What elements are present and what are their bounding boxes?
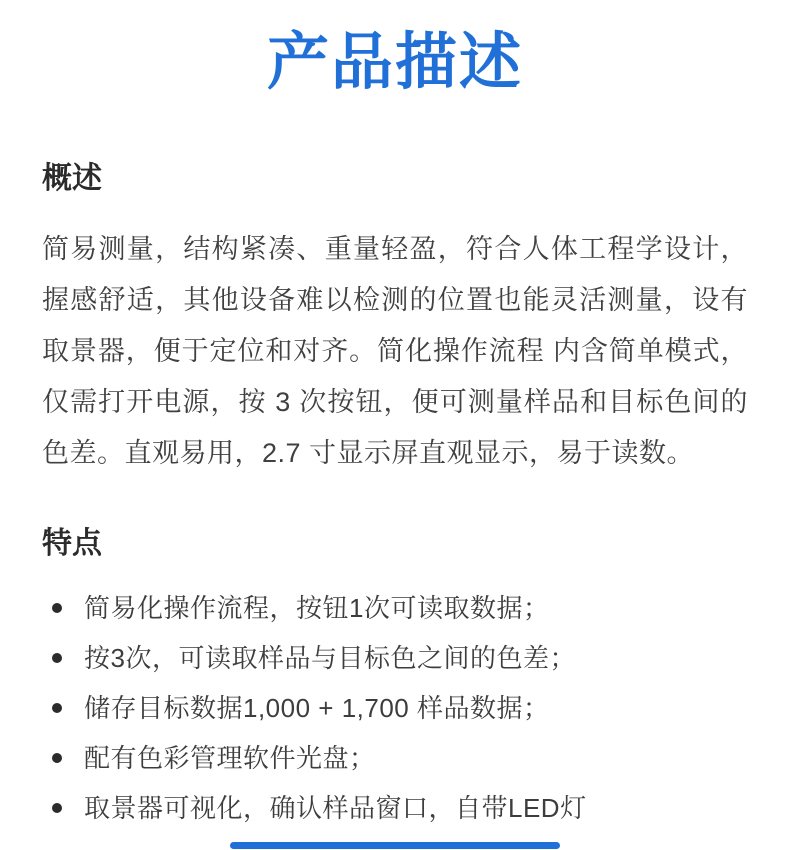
bullet-dot-icon bbox=[52, 603, 62, 613]
bullet-dot-icon bbox=[52, 653, 62, 663]
feature-item-text: 按3次，可读取样品与目标色之间的色差； bbox=[84, 633, 576, 683]
section-heading-overview: 概述 bbox=[42, 160, 748, 198]
feature-item: 配有色彩管理软件光盘； bbox=[42, 733, 748, 783]
feature-item: 取景器可视化，确认样品窗口，自带LED灯 bbox=[42, 783, 748, 833]
features-list: 简易化操作流程，按钮1次可读取数据； 按3次，可读取样品与目标色之间的色差； 储… bbox=[42, 583, 748, 833]
overview-paragraph: 简易测量，结构紧凑、重量轻盈，符合人体工程学设计，握感舒适，其他设备难以检测的位… bbox=[42, 224, 748, 479]
feature-item-text: 配有色彩管理软件光盘； bbox=[84, 733, 376, 783]
feature-item-text: 储存目标数据1,000 + 1,700 样品数据； bbox=[84, 683, 549, 733]
feature-item-text: 取景器可视化，确认样品窗口，自带LED灯 bbox=[84, 783, 587, 833]
bullet-dot-icon bbox=[52, 803, 62, 813]
feature-item: 储存目标数据1,000 + 1,700 样品数据； bbox=[42, 683, 748, 733]
bullet-dot-icon bbox=[52, 753, 62, 763]
feature-item: 简易化操作流程，按钮1次可读取数据； bbox=[42, 583, 748, 633]
feature-item: 按3次，可读取样品与目标色之间的色差； bbox=[42, 633, 748, 683]
product-description-page: 产品描述 概述 简易测量，结构紧凑、重量轻盈，符合人体工程学设计，握感舒适，其他… bbox=[0, 0, 790, 850]
page-title: 产品描述 bbox=[0, 24, 790, 102]
scroll-indicator-bar[interactable] bbox=[230, 842, 560, 849]
section-heading-features: 特点 bbox=[42, 525, 748, 563]
bullet-dot-icon bbox=[52, 703, 62, 713]
content-area: 概述 简易测量，结构紧凑、重量轻盈，符合人体工程学设计，握感舒适，其他设备难以检… bbox=[0, 160, 790, 833]
feature-item-text: 简易化操作流程，按钮1次可读取数据； bbox=[84, 583, 549, 633]
